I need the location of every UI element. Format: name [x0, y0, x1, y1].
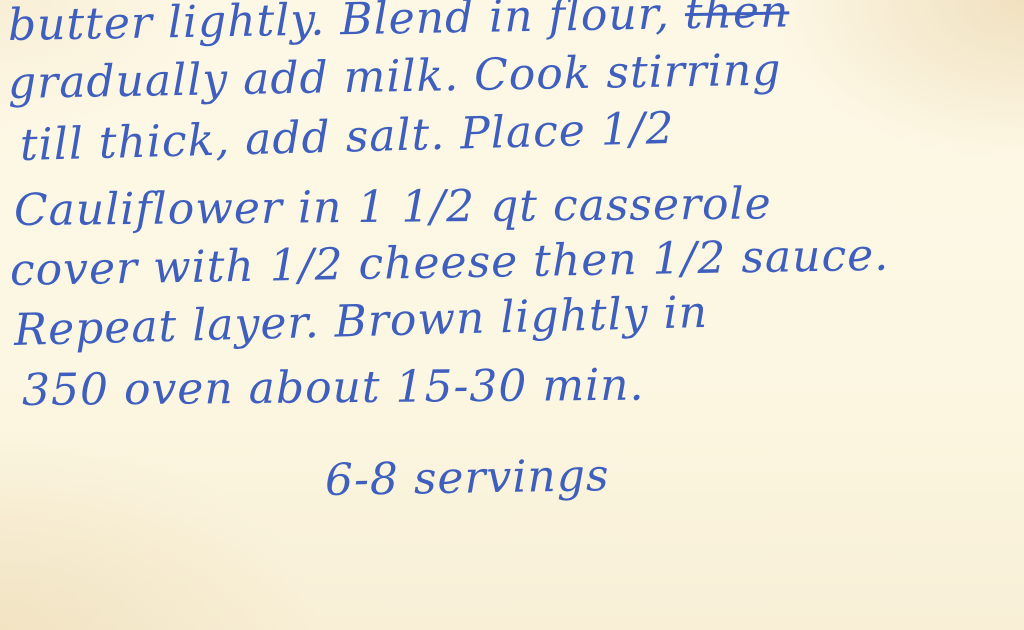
recipe-line-1-text: butter lightly. Blend in flour, [8, 0, 671, 51]
recipe-line-2: gradually add milk. Cook stirring [8, 45, 782, 109]
recipe-card: butter lightly. Blend in flour, then gra… [0, 0, 1024, 630]
recipe-line-6: Repeat layer. Brown lightly in [13, 287, 708, 356]
struck-out-word: then [684, 0, 789, 39]
recipe-line-7: 350 oven about 15-30 min. [22, 360, 645, 416]
servings-note: 6-8 servings [325, 450, 610, 506]
recipe-line-3: till thick, add salt. Place 1/2 [19, 103, 675, 171]
recipe-line-4: Cauliflower in 1 1/2 qt casserole [14, 178, 772, 236]
recipe-line-5: cover with 1/2 cheese then 1/2 sauce. [10, 230, 890, 296]
recipe-line-1: butter lightly. Blend in flour, then [8, 0, 790, 51]
